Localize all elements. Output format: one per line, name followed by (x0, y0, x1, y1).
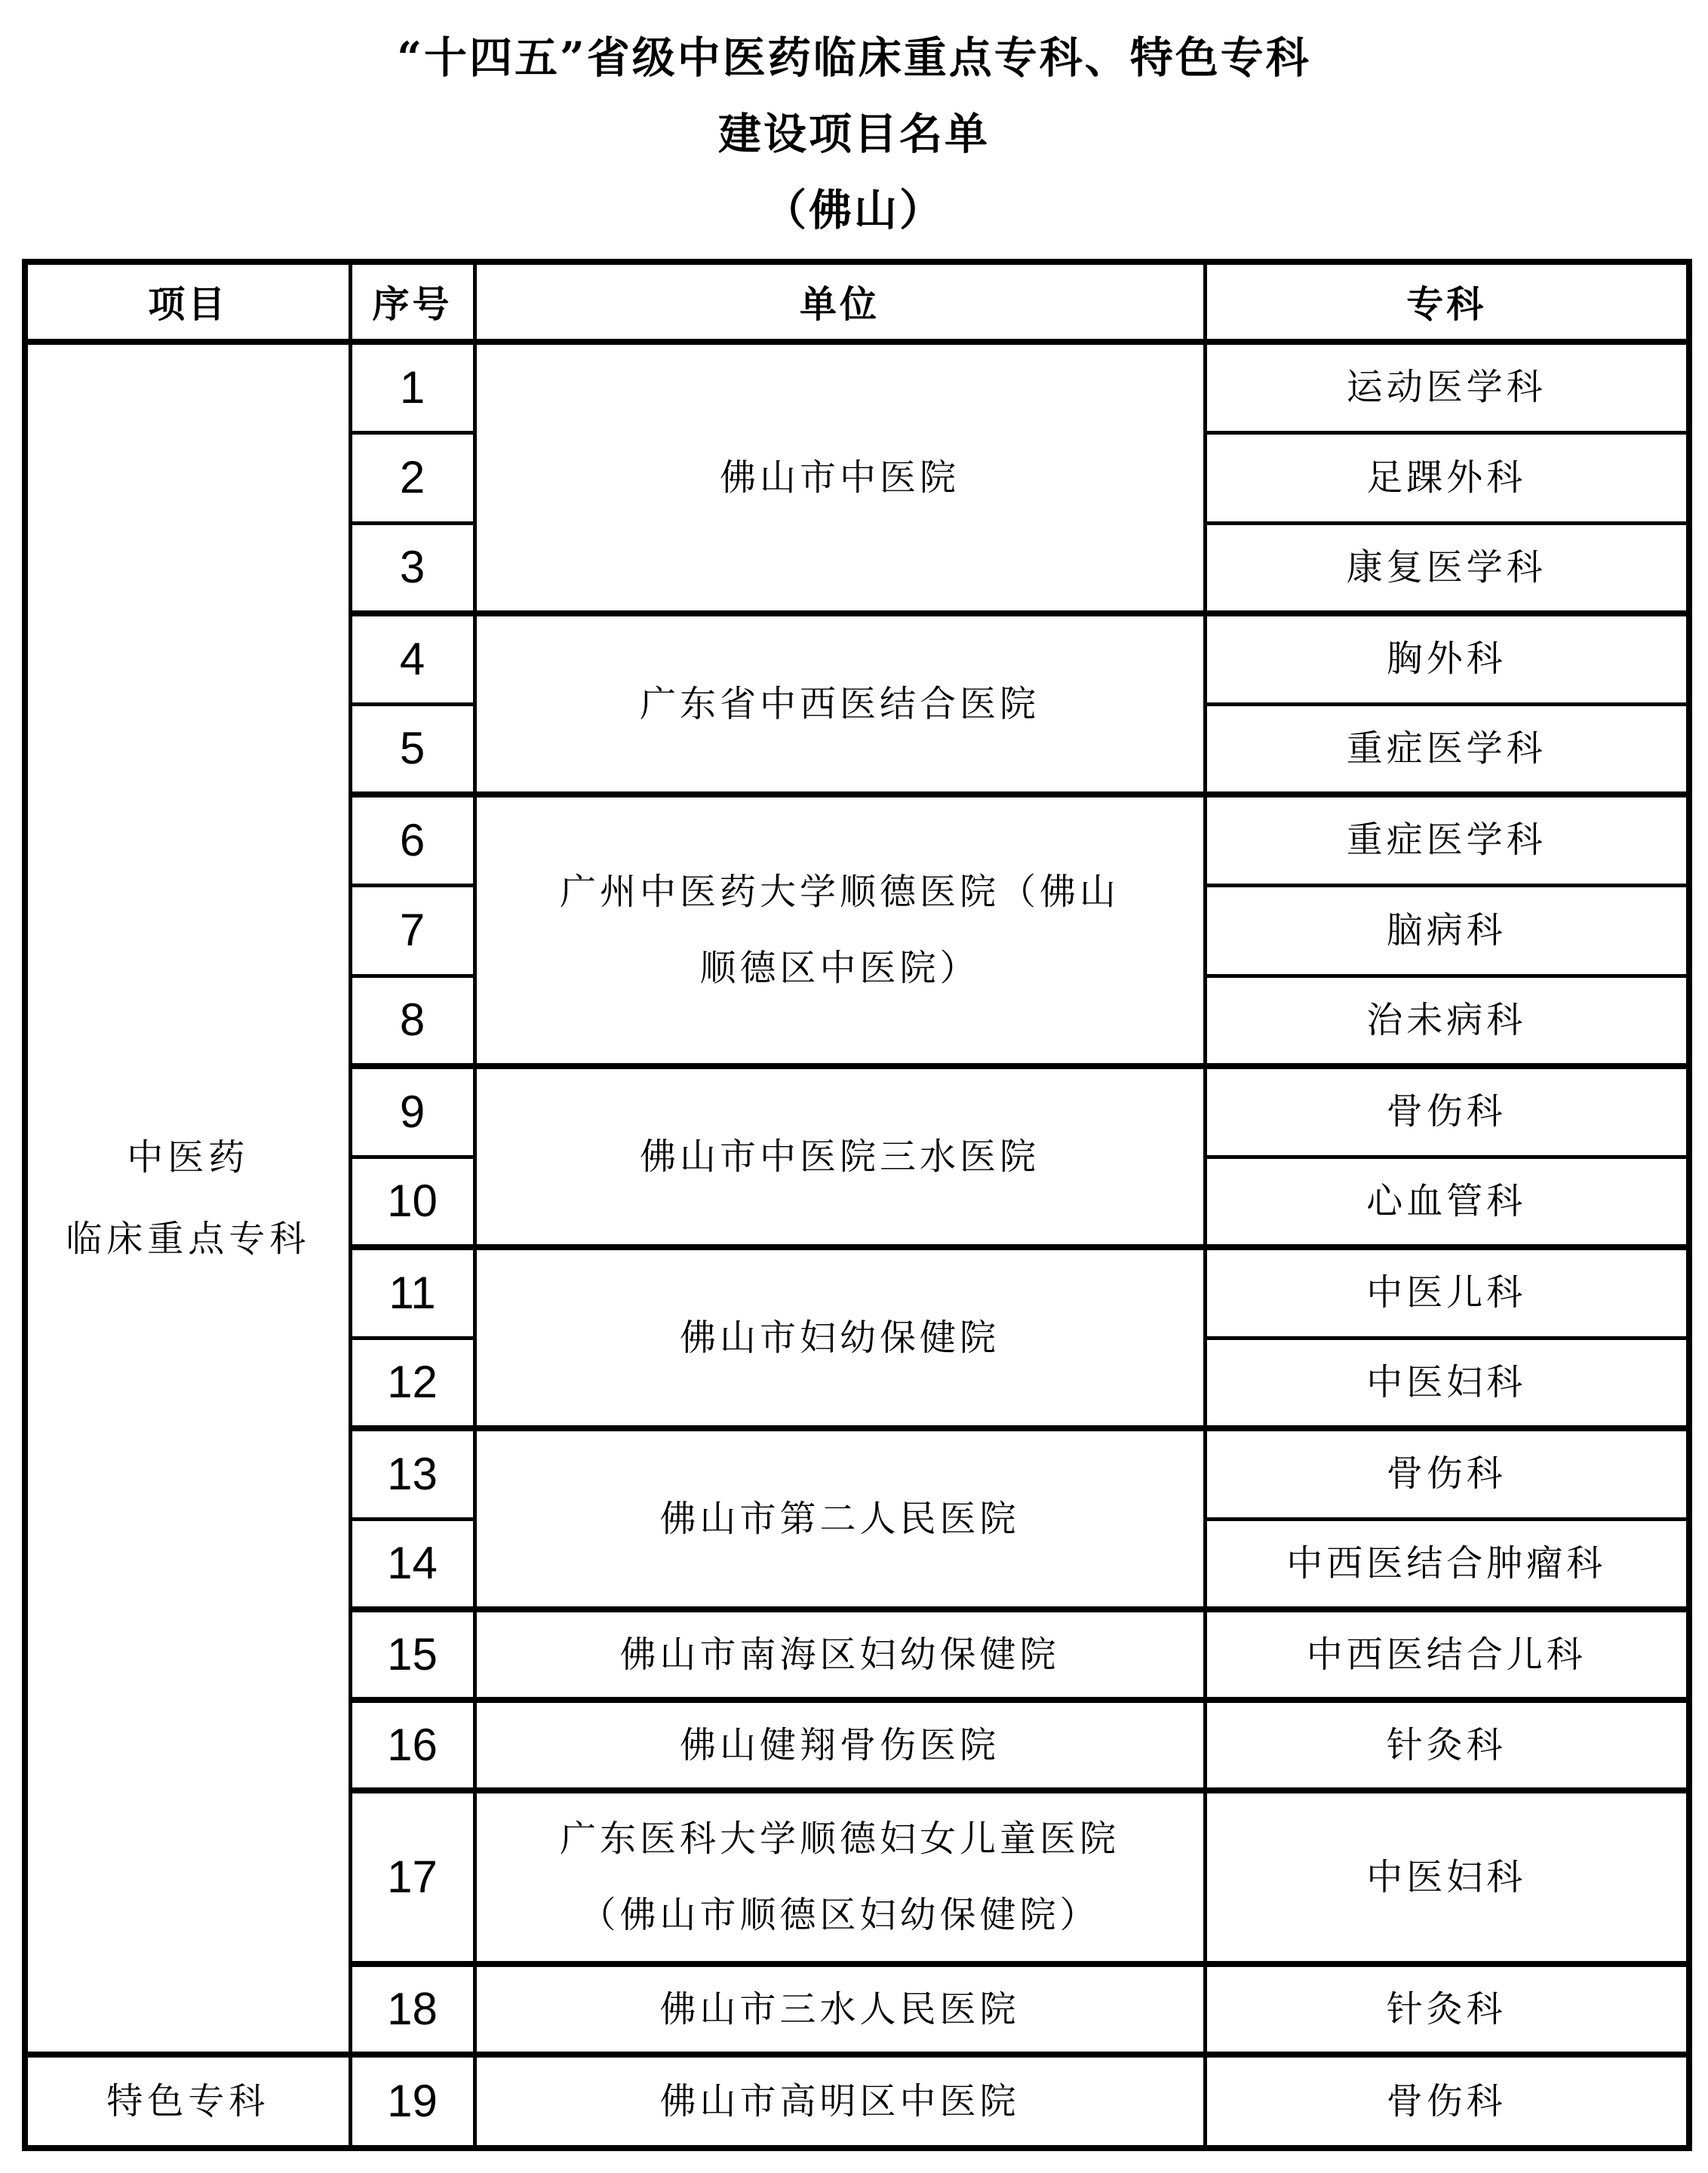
serial-cell: 5 (350, 704, 475, 795)
specialty-cell: 中西医结合肿瘤科 (1205, 1519, 1689, 1609)
header-row: 项目 序号 单位 专科 (25, 262, 1689, 342)
unit-cell: 佛山市妇幼保健院 (475, 1247, 1205, 1428)
specialty-cell: 心血管科 (1205, 1157, 1689, 1247)
specialty-cell: 中医妇科 (1205, 1338, 1689, 1428)
serial-cell: 16 (350, 1700, 475, 1790)
project-list-table: 项目 序号 单位 专科 中医药 临床重点专科 1 佛山市中医院 运动医学科 2 … (22, 259, 1692, 2151)
serial-cell: 14 (350, 1519, 475, 1609)
serial-cell: 15 (350, 1609, 475, 1700)
serial-cell: 2 (350, 432, 475, 523)
specialty-cell: 胸外科 (1205, 613, 1689, 704)
unit-cell: 广东医科大学顺德妇女儿童医院 （佛山市顺德区妇幼保健院） (475, 1790, 1205, 1964)
unit-cell: 佛山市南海区妇幼保健院 (475, 1609, 1205, 1700)
header-project: 项目 (25, 262, 350, 342)
specialty-cell: 康复医学科 (1205, 523, 1689, 613)
table-body: 中医药 临床重点专科 1 佛山市中医院 运动医学科 2 足踝外科 3 康复医学科… (25, 342, 1689, 2148)
specialty-cell: 中医妇科 (1205, 1790, 1689, 1964)
table-row: 中医药 临床重点专科 1 佛山市中医院 运动医学科 (25, 342, 1689, 432)
serial-cell: 13 (350, 1428, 475, 1519)
serial-cell: 11 (350, 1247, 475, 1338)
specialty-cell: 针灸科 (1205, 1964, 1689, 2055)
serial-cell: 8 (350, 976, 475, 1066)
unit-cell: 广东省中西医结合医院 (475, 613, 1205, 795)
document-page: “十四五”省级中医药临床重点专科、特色专科 建设项目名单 （佛山） 项目 序号 … (0, 0, 1708, 2173)
specialty-cell: 针灸科 (1205, 1700, 1689, 1790)
serial-cell: 9 (350, 1066, 475, 1157)
serial-cell: 4 (350, 613, 475, 704)
specialty-cell: 治未病科 (1205, 976, 1689, 1066)
specialty-cell: 运动医学科 (1205, 342, 1689, 432)
header-specialty: 专科 (1205, 262, 1689, 342)
title-line-1: “十四五”省级中医药临床重点专科、特色专科 (0, 20, 1708, 96)
specialty-cell: 骨伤科 (1205, 1428, 1689, 1519)
serial-cell: 3 (350, 523, 475, 613)
specialty-cell: 重症医学科 (1205, 704, 1689, 795)
table-header: 项目 序号 单位 专科 (25, 262, 1689, 342)
unit-cell: 佛山市高明区中医院 (475, 2055, 1205, 2148)
specialty-cell: 重症医学科 (1205, 795, 1689, 885)
header-unit: 单位 (475, 262, 1205, 342)
project-cell: 中医药 临床重点专科 (25, 342, 350, 2055)
serial-cell: 10 (350, 1157, 475, 1247)
project-cell: 特色专科 (25, 2055, 350, 2148)
specialty-cell: 中西医结合儿科 (1205, 1609, 1689, 1700)
unit-cell: 佛山市中医院 (475, 342, 1205, 613)
table-row: 特色专科 19 佛山市高明区中医院 骨伤科 (25, 2055, 1689, 2148)
serial-cell: 7 (350, 885, 475, 976)
specialty-cell: 骨伤科 (1205, 2055, 1689, 2148)
specialty-cell: 脑病科 (1205, 885, 1689, 976)
unit-cell: 佛山市第二人民医院 (475, 1428, 1205, 1609)
unit-cell: 佛山健翔骨伤医院 (475, 1700, 1205, 1790)
header-no: 序号 (350, 262, 475, 342)
serial-cell: 6 (350, 795, 475, 885)
serial-cell: 18 (350, 1964, 475, 2055)
serial-cell: 1 (350, 342, 475, 432)
specialty-cell: 骨伤科 (1205, 1066, 1689, 1157)
document-title: “十四五”省级中医药临床重点专科、特色专科 建设项目名单 （佛山） (0, 0, 1708, 248)
serial-cell: 19 (350, 2055, 475, 2148)
title-line-3: （佛山） (0, 172, 1708, 248)
specialty-cell: 足踝外科 (1205, 432, 1689, 523)
title-line-2: 建设项目名单 (0, 96, 1708, 172)
serial-cell: 17 (350, 1790, 475, 1964)
serial-cell: 12 (350, 1338, 475, 1428)
unit-cell: 广州中医药大学顺德医院（佛山 顺德区中医院） (475, 795, 1205, 1066)
specialty-cell: 中医儿科 (1205, 1247, 1689, 1338)
unit-cell: 佛山市中医院三水医院 (475, 1066, 1205, 1247)
unit-cell: 佛山市三水人民医院 (475, 1964, 1205, 2055)
